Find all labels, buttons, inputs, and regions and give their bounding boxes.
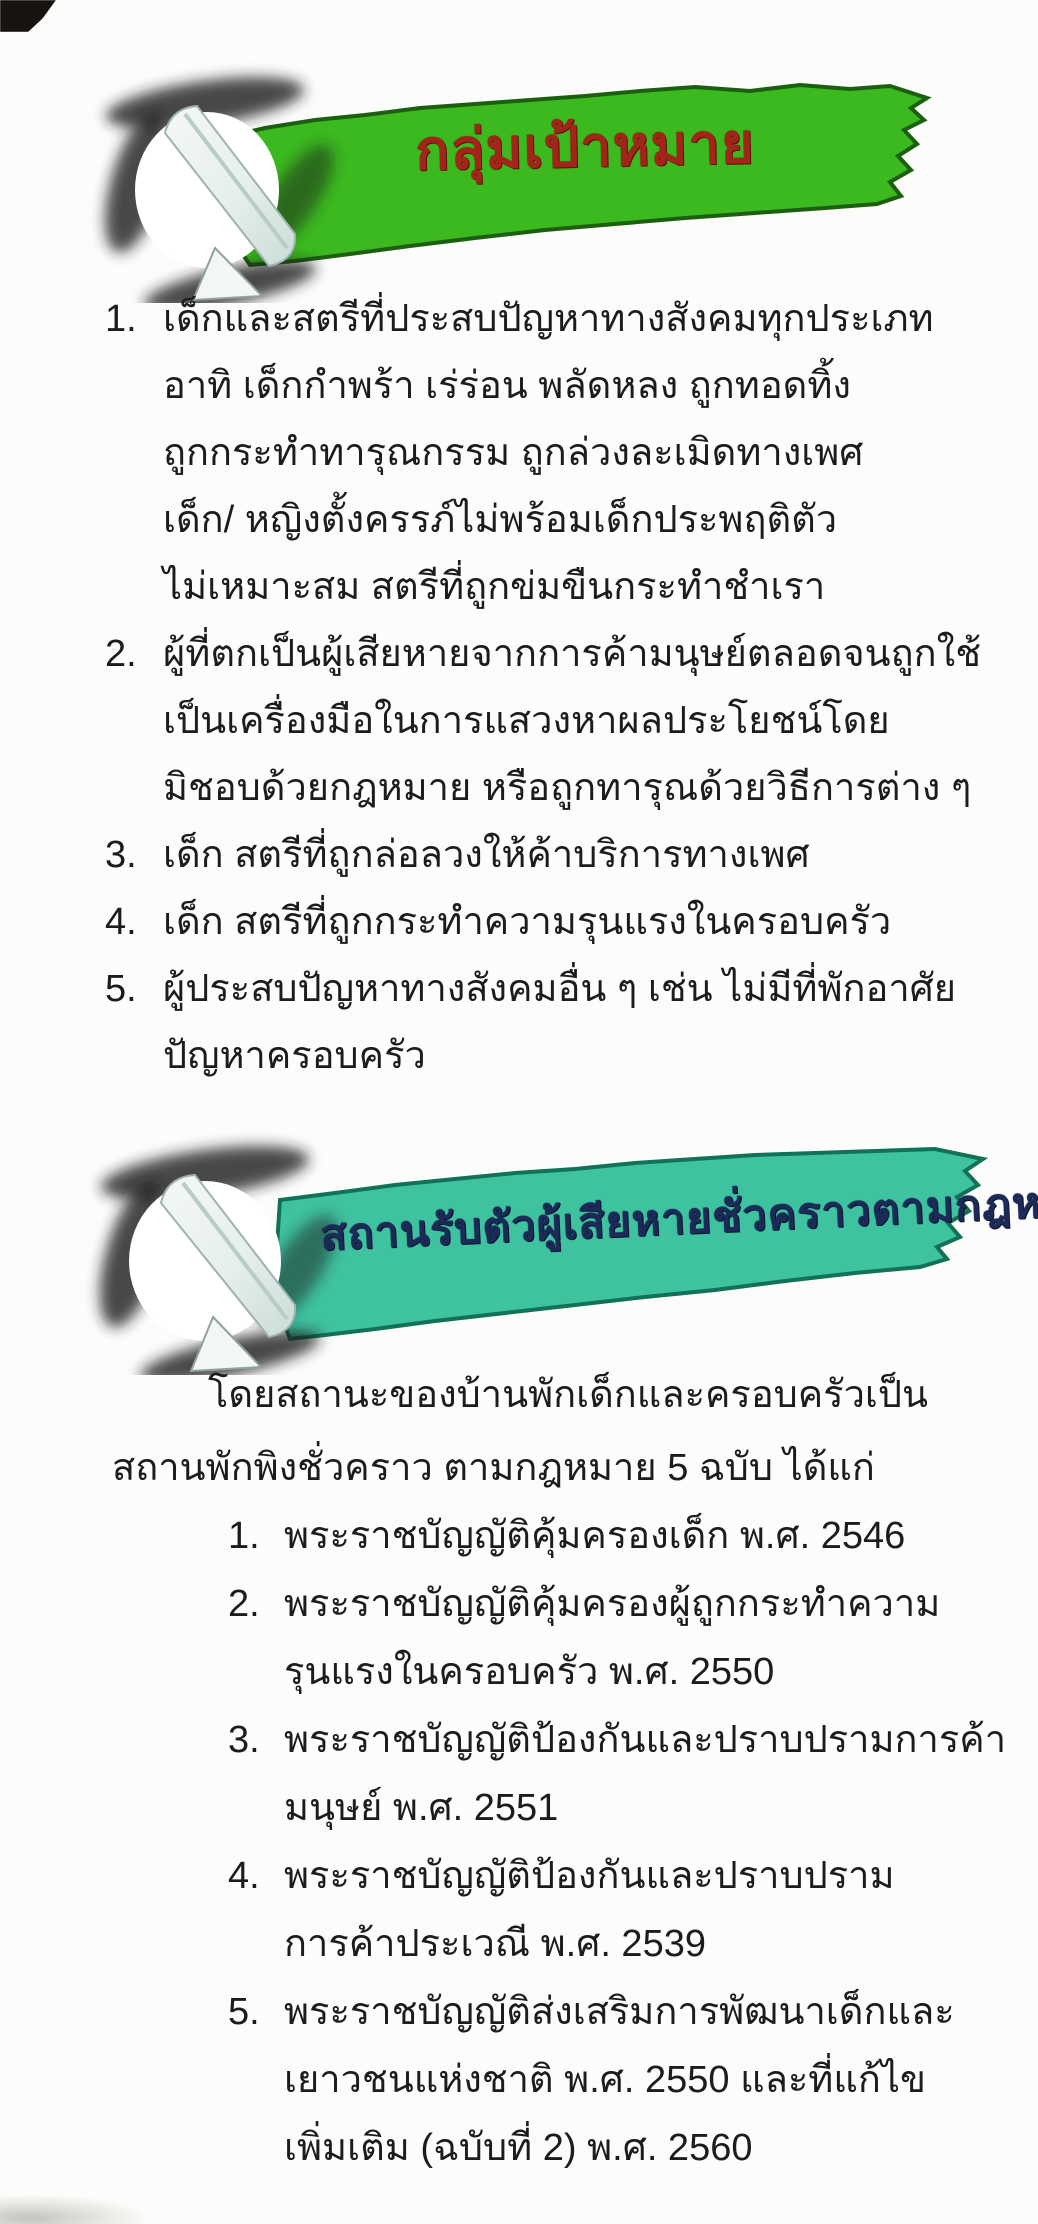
list-item: 3. พระราชบัญญัติป้องกันและปราบปรามการค้า… <box>228 1709 1008 1845</box>
list-item-text: เยาวชนแห่งชาติ พ.ศ. 2550 และที่แก้ไข <box>284 2049 1008 2117</box>
item-number: 4. <box>105 891 163 958</box>
list-item-text: มิชอบด้วยกฎหมาย หรือถูกทารุณด้วยวิธีการต… <box>163 757 1005 824</box>
list-item-text: มนุษย์ พ.ศ. 2551 <box>284 1777 1008 1845</box>
list-item: 2. ผู้ที่ตกเป็นผู้เสียหายจากการค้ามนุษย์… <box>105 623 1005 824</box>
torn-paper-curl-icon <box>86 1136 351 1375</box>
scanned-document-page: { "page": { "type": "scanned-leaflet", "… <box>0 0 1038 2224</box>
list-item: 1. เด็กและสตรีที่ประสบปัญหาทางสังคมทุกปร… <box>105 288 1005 623</box>
list-item-text: พระราชบัญญัติป้องกันและปราบปราม <box>284 1845 1008 1913</box>
list-item-text: การค้าประเวณี พ.ศ. 2539 <box>284 1913 1008 1981</box>
list-item-text: เด็ก สตรีที่ถูกกระทำความรุนแรงในครอบครัว <box>163 891 1005 958</box>
list-item-text: เด็กและสตรีที่ประสบปัญหาทางสังคมทุกประเภ… <box>163 288 1005 355</box>
list-item-text: พระราชบัญญัติส่งเสริมการพัฒนาเด็กและ <box>284 1981 1008 2049</box>
list-item-text: พระราชบัญญัติคุ้มครองผู้ถูกกระทำความ <box>284 1573 1008 1641</box>
paragraph-line: สถานพักพิงชั่วคราว ตามกฎหมาย 5 ฉบับ ได้แ… <box>112 1435 992 1508</box>
section1-banner-title: กลุ่มเป้าหมาย <box>284 96 886 198</box>
list-item: 4. พระราชบัญญัติป้องกันและปราบปราม การค้… <box>228 1845 1008 1981</box>
list-item-text: เด็ก สตรีที่ถูกล่อลวงให้ค้าบริการทางเพศ <box>163 824 1005 891</box>
laws-list: 1. พระราชบัญญัติคุ้มครองเด็ก พ.ศ. 2546 2… <box>228 1505 1008 2185</box>
list-item: 5. พระราชบัญญัติส่งเสริมการพัฒนาเด็กและ … <box>228 1981 1008 2185</box>
list-item: 2. พระราชบัญญัติคุ้มครองผู้ถูกกระทำความ … <box>228 1573 1008 1709</box>
paragraph-line: โดยสถานะของบ้านพักเด็กและครอบครัวเป็น <box>112 1362 992 1435</box>
list-item-text: รุนแรงในครอบครัว พ.ศ. 2550 <box>284 1641 1008 1709</box>
item-number: 2. <box>228 1573 284 1641</box>
scan-corner-artifact <box>0 0 56 32</box>
item-number: 3. <box>228 1709 284 1777</box>
list-item-text: เด็ก/ หญิงตั้งครรภ์ไม่พร้อมเด็กประพฤติตั… <box>163 489 1005 556</box>
list-item: 1. พระราชบัญญัติคุ้มครองเด็ก พ.ศ. 2546 <box>228 1505 1008 1573</box>
item-number: 5. <box>105 958 163 1025</box>
list-item: 4. เด็ก สตรีที่ถูกกระทำความรุนแรงในครอบค… <box>105 891 1005 958</box>
list-item-text: พระราชบัญญัติป้องกันและปราบปรามการค้า <box>284 1709 1008 1777</box>
list-item-text: ไม่เหมาะสม สตรีที่ถูกข่มขืนกระทำชำเรา <box>163 556 1005 623</box>
item-number: 2. <box>105 623 163 690</box>
item-number: 3. <box>105 824 163 891</box>
list-item-text: เพิ่มเติม (ฉบับที่ 2) พ.ศ. 2560 <box>284 2117 1008 2185</box>
list-item: 5. ผู้ประสบปัญหาทางสังคมอื่น ๆ เช่น ไม่ม… <box>105 958 1005 1092</box>
item-number: 1. <box>228 1505 284 1573</box>
list-item-text: เป็นเครื่องมือในการแสวงหาผลประโยชน์โดย <box>163 690 1005 757</box>
list-item: 3. เด็ก สตรีที่ถูกล่อลวงให้ค้าบริการทางเ… <box>105 824 1005 891</box>
list-item-text: พระราชบัญญัติคุ้มครองเด็ก พ.ศ. 2546 <box>284 1505 1008 1573</box>
list-item-text: ปัญหาครอบครัว <box>163 1025 1005 1092</box>
item-number: 5. <box>228 1981 284 2049</box>
list-item-text: ผู้ประสบปัญหาทางสังคมอื่น ๆ เช่น ไม่มีที… <box>163 958 1005 1025</box>
item-number: 4. <box>228 1845 284 1913</box>
list-item-text: อาทิ เด็กกำพร้า เร่ร่อน พลัดหลง ถูกทอดทิ… <box>163 355 1005 422</box>
shelter-intro-paragraph: โดยสถานะของบ้านพักเด็กและครอบครัวเป็น สถ… <box>112 1362 992 1508</box>
scan-bottom-smudge <box>0 2194 150 2224</box>
list-item-text: ผู้ที่ตกเป็นผู้เสียหายจากการค้ามนุษย์ตลอ… <box>163 623 1005 690</box>
list-item-text: ถูกกระทำทารุณกรรม ถูกล่วงละเมิดทางเพศ <box>163 422 1005 489</box>
item-number: 1. <box>105 288 163 355</box>
target-groups-list: 1. เด็กและสตรีที่ประสบปัญหาทางสังคมทุกปร… <box>105 288 1005 1092</box>
